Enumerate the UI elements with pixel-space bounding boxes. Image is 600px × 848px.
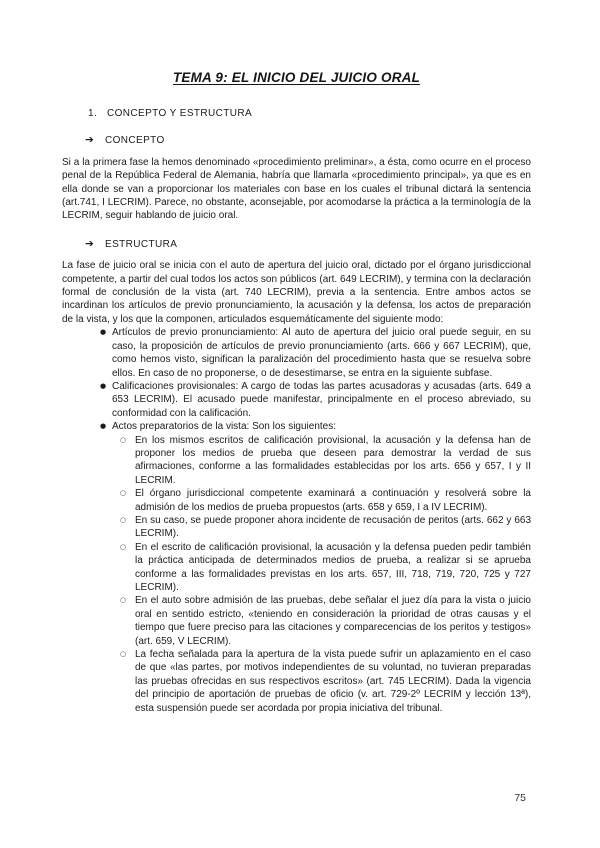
sub-bullet-text: En el auto sobre admisión de las pruebas… bbox=[135, 594, 531, 648]
bullet-text: Artículos de previo pronunciamiento: Al … bbox=[112, 326, 531, 380]
sub-bullet-text: En los mismos escritos de calificación p… bbox=[135, 434, 531, 488]
list-item: ● Actos preparatorios de la vista: Son l… bbox=[100, 420, 531, 715]
estructura-heading-label: ESTRUCTURA bbox=[105, 238, 177, 251]
list-item: ● Calificaciones provisionales: A cargo … bbox=[100, 380, 531, 420]
arrow-icon: ➔ bbox=[85, 134, 105, 147]
list-item: ● Artículos de previo pronunciamiento: A… bbox=[100, 326, 531, 380]
section-heading-label: CONCEPTO Y ESTRUCTURA bbox=[107, 107, 252, 120]
sub-bullet-icon: ○ bbox=[120, 648, 135, 661]
estructura-heading: ➔ ESTRUCTURA bbox=[85, 238, 531, 251]
section-number: 1. bbox=[88, 107, 107, 120]
section-heading: 1. CONCEPTO Y ESTRUCTURA bbox=[88, 107, 531, 120]
sub-bullet-text: En su caso, se puede proponer ahora inci… bbox=[135, 514, 531, 541]
page-number: 75 bbox=[514, 792, 526, 804]
sub-list-item: ○ En su caso, se puede proponer ahora in… bbox=[120, 514, 531, 541]
bullet-icon: ● bbox=[100, 380, 112, 393]
sub-bullet-icon: ○ bbox=[120, 514, 135, 527]
bullet-icon: ● bbox=[100, 326, 112, 339]
actos-preparatorios-sublist: ○ En los mismos escritos de calificación… bbox=[100, 434, 531, 716]
sub-list-item: ○ En el auto sobre admisión de las prueb… bbox=[120, 594, 531, 648]
estructura-paragraph: La fase de juicio oral se inicia con el … bbox=[62, 259, 531, 326]
sub-bullet-icon: ○ bbox=[120, 487, 135, 500]
sub-bullet-text: El órgano jurisdiccional competente exam… bbox=[135, 487, 531, 514]
concepto-heading: ➔ CONCEPTO bbox=[85, 134, 531, 147]
concepto-paragraph: Si a la primera fase la hemos denominado… bbox=[62, 156, 531, 223]
estructura-bullet-list: ● Artículos de previo pronunciamiento: A… bbox=[62, 326, 531, 715]
sub-list-item: ○ El órgano jurisdiccional competente ex… bbox=[120, 487, 531, 514]
sub-bullet-icon: ○ bbox=[120, 541, 135, 554]
sub-bullet-text: La fecha señalada para la apertura de la… bbox=[135, 648, 531, 715]
concepto-heading-label: CONCEPTO bbox=[105, 134, 165, 147]
sub-bullet-icon: ○ bbox=[120, 594, 135, 607]
arrow-icon: ➔ bbox=[85, 238, 105, 251]
bullet-text: Calificaciones provisionales: A cargo de… bbox=[112, 380, 531, 420]
sub-list-item: ○ En los mismos escritos de calificación… bbox=[120, 434, 531, 488]
bullet-text: Actos preparatorios de la vista: Son los… bbox=[112, 420, 531, 433]
sub-list-item: ○ La fecha señalada para la apertura de … bbox=[120, 648, 531, 715]
page-title: TEMA 9: EL INICIO DEL JUICIO ORAL bbox=[62, 70, 531, 86]
document-page: TEMA 9: EL INICIO DEL JUICIO ORAL 1. CON… bbox=[0, 0, 600, 848]
sub-bullet-icon: ○ bbox=[120, 434, 135, 447]
sub-list-item: ○ En el escrito de calificación provisio… bbox=[120, 541, 531, 595]
bullet-icon: ● bbox=[100, 420, 112, 433]
sub-bullet-text: En el escrito de calificación provisiona… bbox=[135, 541, 531, 595]
